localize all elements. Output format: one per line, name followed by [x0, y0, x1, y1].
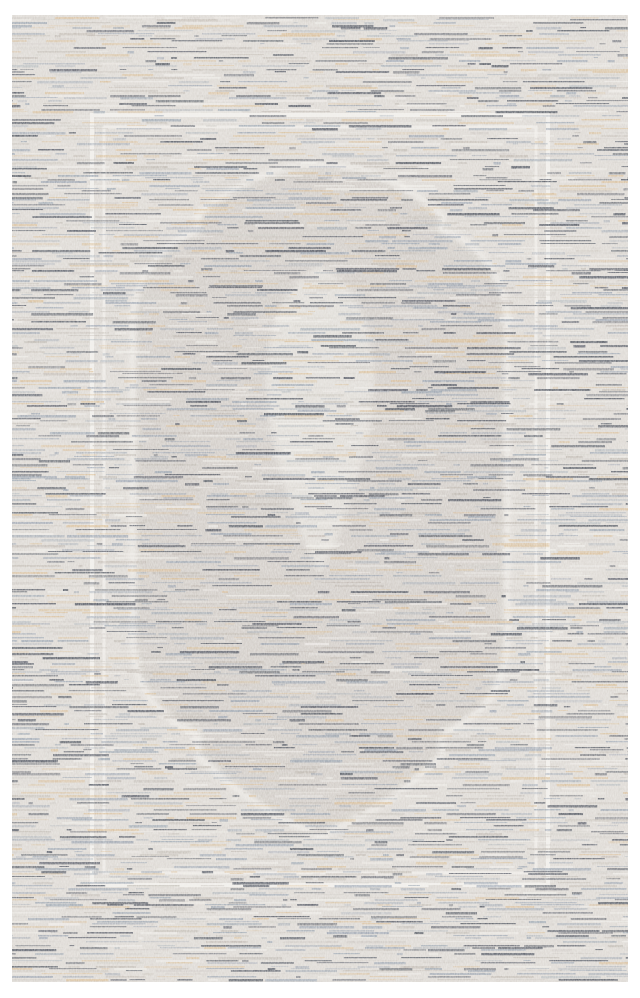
- rug-product-image: [12, 15, 628, 982]
- rug-pattern: [12, 15, 628, 982]
